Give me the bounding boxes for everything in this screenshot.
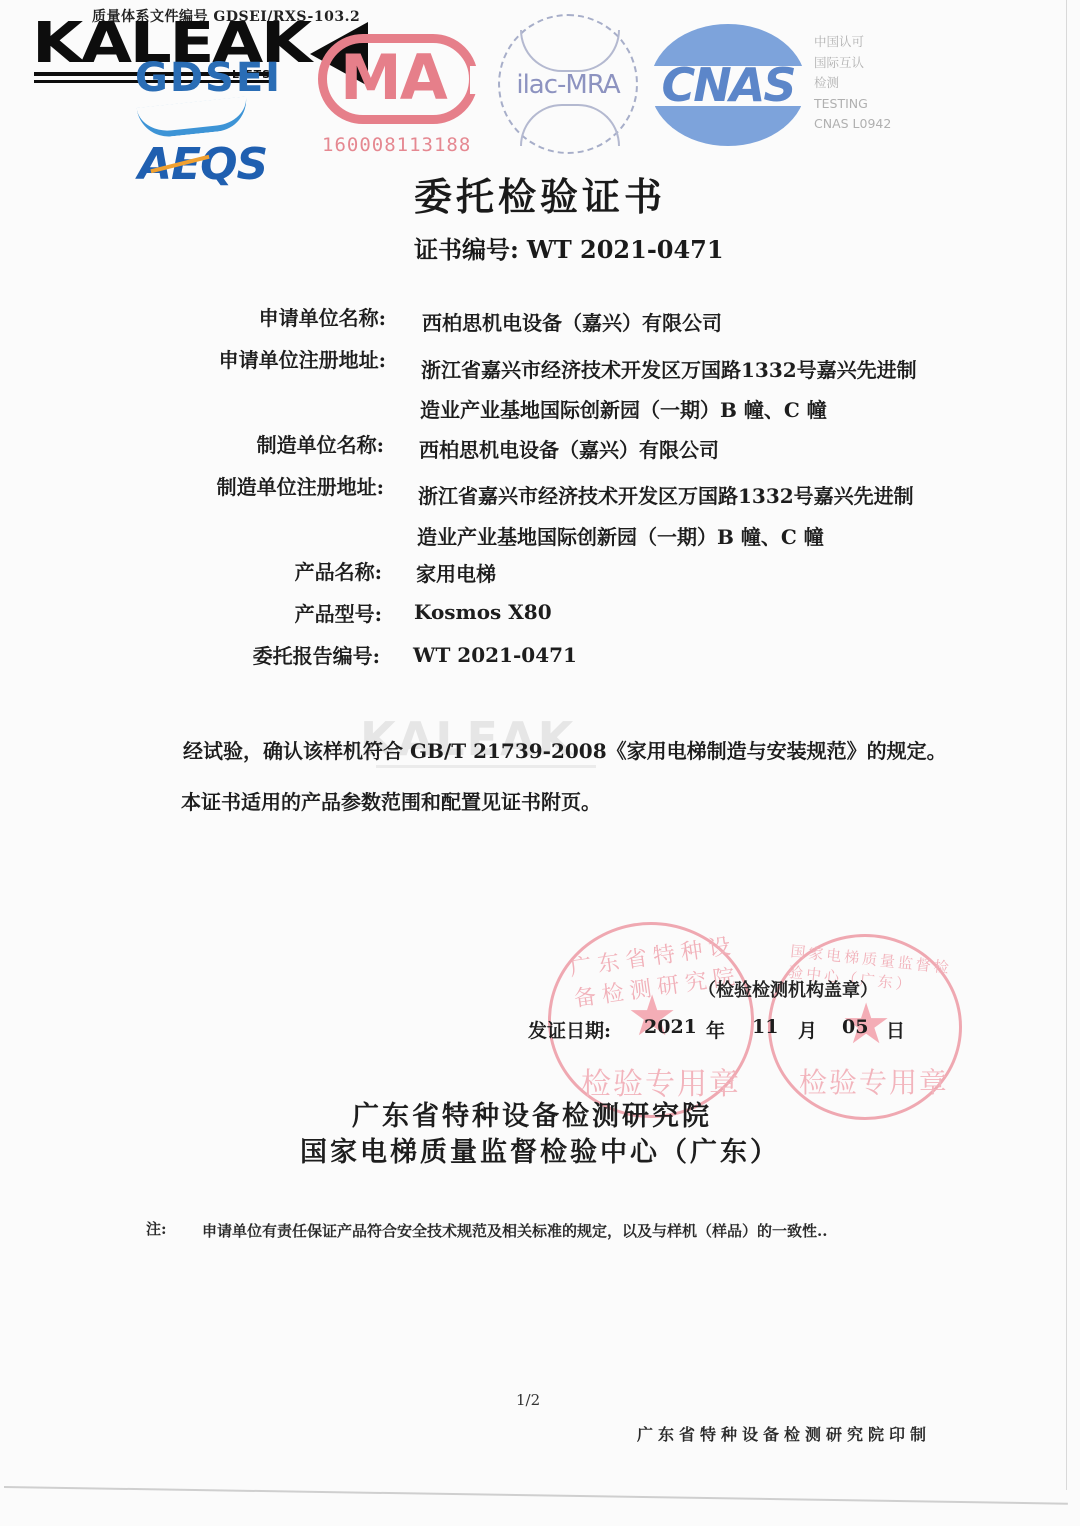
- certificate-number: 证书编号:WT 2021-0471: [414, 230, 724, 265]
- cnas-logo-text: CNAS: [646, 58, 810, 112]
- issue-day-unit: 日: [886, 1016, 905, 1043]
- field-value-manufacturer-address: 浙江省嘉兴市经济技术开发区万国路1332号嘉兴先进制: [418, 480, 914, 509]
- page-edge: [1066, 0, 1067, 1490]
- issuing-organization-1: 广东省特种设备检测研究院: [0, 1094, 1072, 1133]
- cnas-side-line: CNAS L0942: [814, 114, 891, 135]
- cnas-side-line: 中国认可: [814, 32, 891, 53]
- note-label: 注:: [146, 1218, 167, 1239]
- gdsei-swoosh-icon: [137, 96, 250, 139]
- gdsei-logo: GDSEI: [135, 58, 282, 98]
- field-value-product-model: Kosmos X80: [414, 600, 552, 624]
- field-label-manufacturer-name: 制造单位名称:: [184, 429, 384, 458]
- scope-statement: 本证书适用的产品参数范围和配置见证书附页。: [181, 786, 601, 815]
- field-value-applicant-name: 西柏思机电设备（嘉兴）有限公司: [422, 307, 722, 336]
- field-label-manufacturer-address: 制造单位注册地址:: [184, 471, 384, 500]
- certificate-title: 委托检验证书: [0, 166, 1080, 221]
- certificate-number-value: WT 2021-0471: [527, 235, 724, 264]
- issue-day: 05: [842, 1016, 868, 1038]
- page-number: 1/2: [516, 1391, 540, 1409]
- certificate-number-label: 证书编号:: [414, 235, 519, 264]
- field-label-applicant-name: 申请单位名称:: [186, 302, 386, 331]
- cnas-side-line: 检测: [814, 73, 891, 94]
- field-value-manufacturer-name: 西柏思机电设备（嘉兴）有限公司: [419, 434, 719, 463]
- field-label-report-number: 委托报告编号:: [180, 640, 380, 669]
- field-value-report-number: WT 2021-0471: [413, 643, 577, 667]
- issuing-organization-2: 国家电梯质量监督检验中心（广东）: [0, 1130, 1080, 1169]
- cnas-accreditation-text: 中国认可 国际互认 检测 TESTING CNAS L0942: [814, 32, 891, 135]
- printer-credit: 广东省特种设备检测研究院印制: [637, 1422, 931, 1445]
- page-edge: [4, 1486, 1068, 1505]
- cma-logo: MA: [340, 38, 446, 118]
- field-value-manufacturer-address-2: 造业产业基地国际创新园（一期）B 幢、C 幢: [417, 521, 824, 550]
- issue-date-label: 发证日期:: [528, 1016, 611, 1043]
- issue-year-unit: 年: [706, 1016, 725, 1043]
- watermark-line: [376, 765, 596, 768]
- field-value-product-name: 家用电梯: [416, 558, 496, 587]
- field-value-applicant-address: 浙江省嘉兴市经济技术开发区万国路1332号嘉兴先进制: [421, 354, 917, 383]
- cma-ring-gap: [470, 66, 486, 94]
- field-label-product-name: 产品名称:: [182, 556, 382, 585]
- field-label-applicant-address: 申请单位注册地址:: [186, 344, 386, 373]
- issue-month: 11: [752, 1016, 778, 1038]
- issue-month-unit: 月: [798, 1016, 817, 1043]
- field-value-applicant-address-2: 造业产业基地国际创新园（一期）B 幢、C 幢: [420, 394, 827, 423]
- ilac-mra-text: ilac-MRA: [502, 70, 634, 100]
- cma-number: 160008113188: [322, 134, 471, 156]
- note-text: 申请单位有责任保证产品符合安全技术规范及相关标准的规定，以及与样机（样品）的一致…: [202, 1220, 827, 1241]
- cnas-side-line: TESTING: [814, 94, 891, 115]
- seal-note: （检验检测机构盖章）: [698, 976, 878, 1002]
- issue-year: 2021: [644, 1016, 697, 1038]
- field-label-product-model: 产品型号:: [182, 598, 382, 627]
- cnas-side-line: 国际互认: [814, 53, 891, 74]
- conformity-statement: 经试验，确认该样机符合 GB/T 21739-2008《家用电梯制造与安装规范》…: [183, 735, 947, 764]
